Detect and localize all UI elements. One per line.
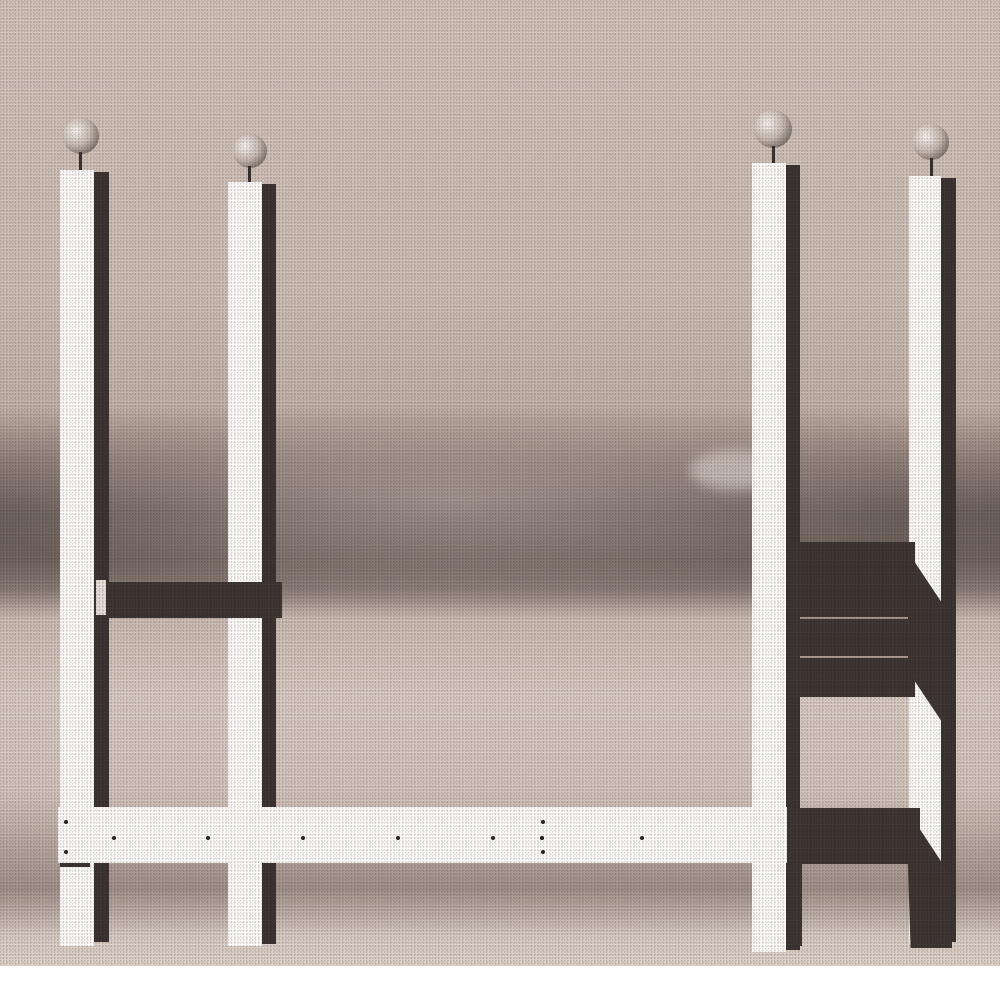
film-grain-overlay (0, 0, 1000, 966)
photo-border (0, 966, 1000, 1000)
photograph (0, 0, 1000, 966)
